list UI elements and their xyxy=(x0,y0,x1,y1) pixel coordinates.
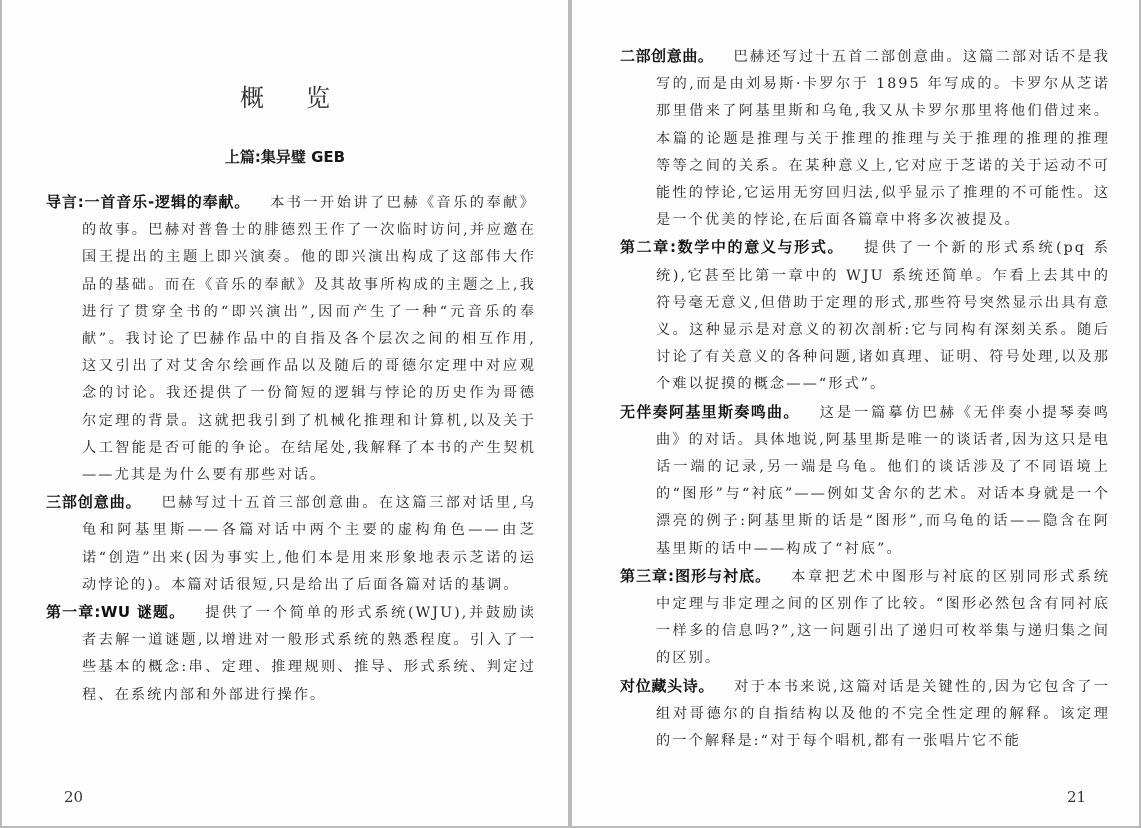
entry-chapter-1: 第一章:WU 谜题。提供了一个简单的形式系统(WJU),并鼓励读者去解一道谜题,… xyxy=(46,599,536,709)
left-page: 概览 上篇:集异璧 GEB 导言:一首音乐-逻辑的奉献。本书一开始讲了巴赫《音乐… xyxy=(2,0,568,826)
entry-heading: 二部创意曲。 xyxy=(620,47,714,65)
entry-chapter-2: 第二章:数学中的意义与形式。提供了一个新的形式系统(pq 系统),它甚至比第一章… xyxy=(620,234,1110,398)
entry-sonata-achilles: 无伴奏阿基里斯奏鸣曲。这是一篇摹仿巴赫《无伴奏小提琴奏鸣曲》的对话。具体地说,阿… xyxy=(620,399,1110,563)
entry-contracrostipunctus: 对位藏头诗。对于本书来说,这篇对话是关键性的,因为它包含了一组对哥德尔的自指结构… xyxy=(620,673,1110,756)
entry-heading: 导言:一首音乐-逻辑的奉献。 xyxy=(46,193,250,211)
entry-text: 这是一篇摹仿巴赫《无伴奏小提琴奏鸣曲》的对话。具体地说,阿基里斯是唯一的谈话者,… xyxy=(656,405,1110,557)
entry-heading: 对位藏头诗。 xyxy=(620,677,714,695)
right-page: 二部创意曲。巴赫还写过十五首二部创意曲。这篇二部对话不是我写的,而是由刘易斯·卡… xyxy=(572,0,1139,826)
entry-text: 对于本书来说,这篇对话是关键性的,因为它包含了一组对哥德尔的自指结构以及他的不完… xyxy=(656,679,1110,749)
entry-text: 提供了一个新的形式系统(pq 系统),它甚至比第一章中的 WJU 系统还简单。乍… xyxy=(656,240,1110,392)
entry-text: 巴赫还写过十五首二部创意曲。这篇二部对话不是我写的,而是由刘易斯·卡罗尔于 18… xyxy=(656,49,1110,228)
entry-list: 导言:一首音乐-逻辑的奉献。本书一开始讲了巴赫《音乐的奉献》的故事。巴赫对普鲁士… xyxy=(46,189,536,709)
entry-text: 本书一开始讲了巴赫《音乐的奉献》的故事。巴赫对普鲁士的腓德烈王作了一次临时访问,… xyxy=(82,195,536,483)
entry-heading: 第一章:WU 谜题。 xyxy=(46,603,185,621)
entry-chapter-3: 第三章:图形与衬底。本章把艺术中图形与衬底的区别同形式系统中定理与非定理之间的区… xyxy=(620,563,1110,673)
page-title: 概览 xyxy=(2,78,568,113)
page-number: 21 xyxy=(1067,788,1086,806)
entry-list: 二部创意曲。巴赫还写过十五首二部创意曲。这篇二部对话不是我写的,而是由刘易斯·卡… xyxy=(620,43,1110,755)
entry-heading: 第二章:数学中的意义与形式。 xyxy=(620,238,844,256)
entry-text: 巴赫写过十五首三部创意曲。在这篇三部对话里,乌龟和阿基里斯——各篇对话中两个主要… xyxy=(82,495,536,593)
part-subtitle: 上篇:集异璧 GEB xyxy=(2,146,568,167)
entry-heading: 无伴奏阿基里斯奏鸣曲。 xyxy=(620,403,800,421)
entry-heading: 三部创意曲。 xyxy=(46,493,142,511)
entry-three-part-invention: 三部创意曲。巴赫写过十五首三部创意曲。在这篇三部对话里,乌龟和阿基里斯——各篇对… xyxy=(46,489,536,599)
entry-heading: 第三章:图形与衬底。 xyxy=(620,567,771,585)
entry-introduction: 导言:一首音乐-逻辑的奉献。本书一开始讲了巴赫《音乐的奉献》的故事。巴赫对普鲁士… xyxy=(46,189,536,489)
page-number: 20 xyxy=(64,788,83,806)
entry-two-part-invention: 二部创意曲。巴赫还写过十五首二部创意曲。这篇二部对话不是我写的,而是由刘易斯·卡… xyxy=(620,43,1110,234)
